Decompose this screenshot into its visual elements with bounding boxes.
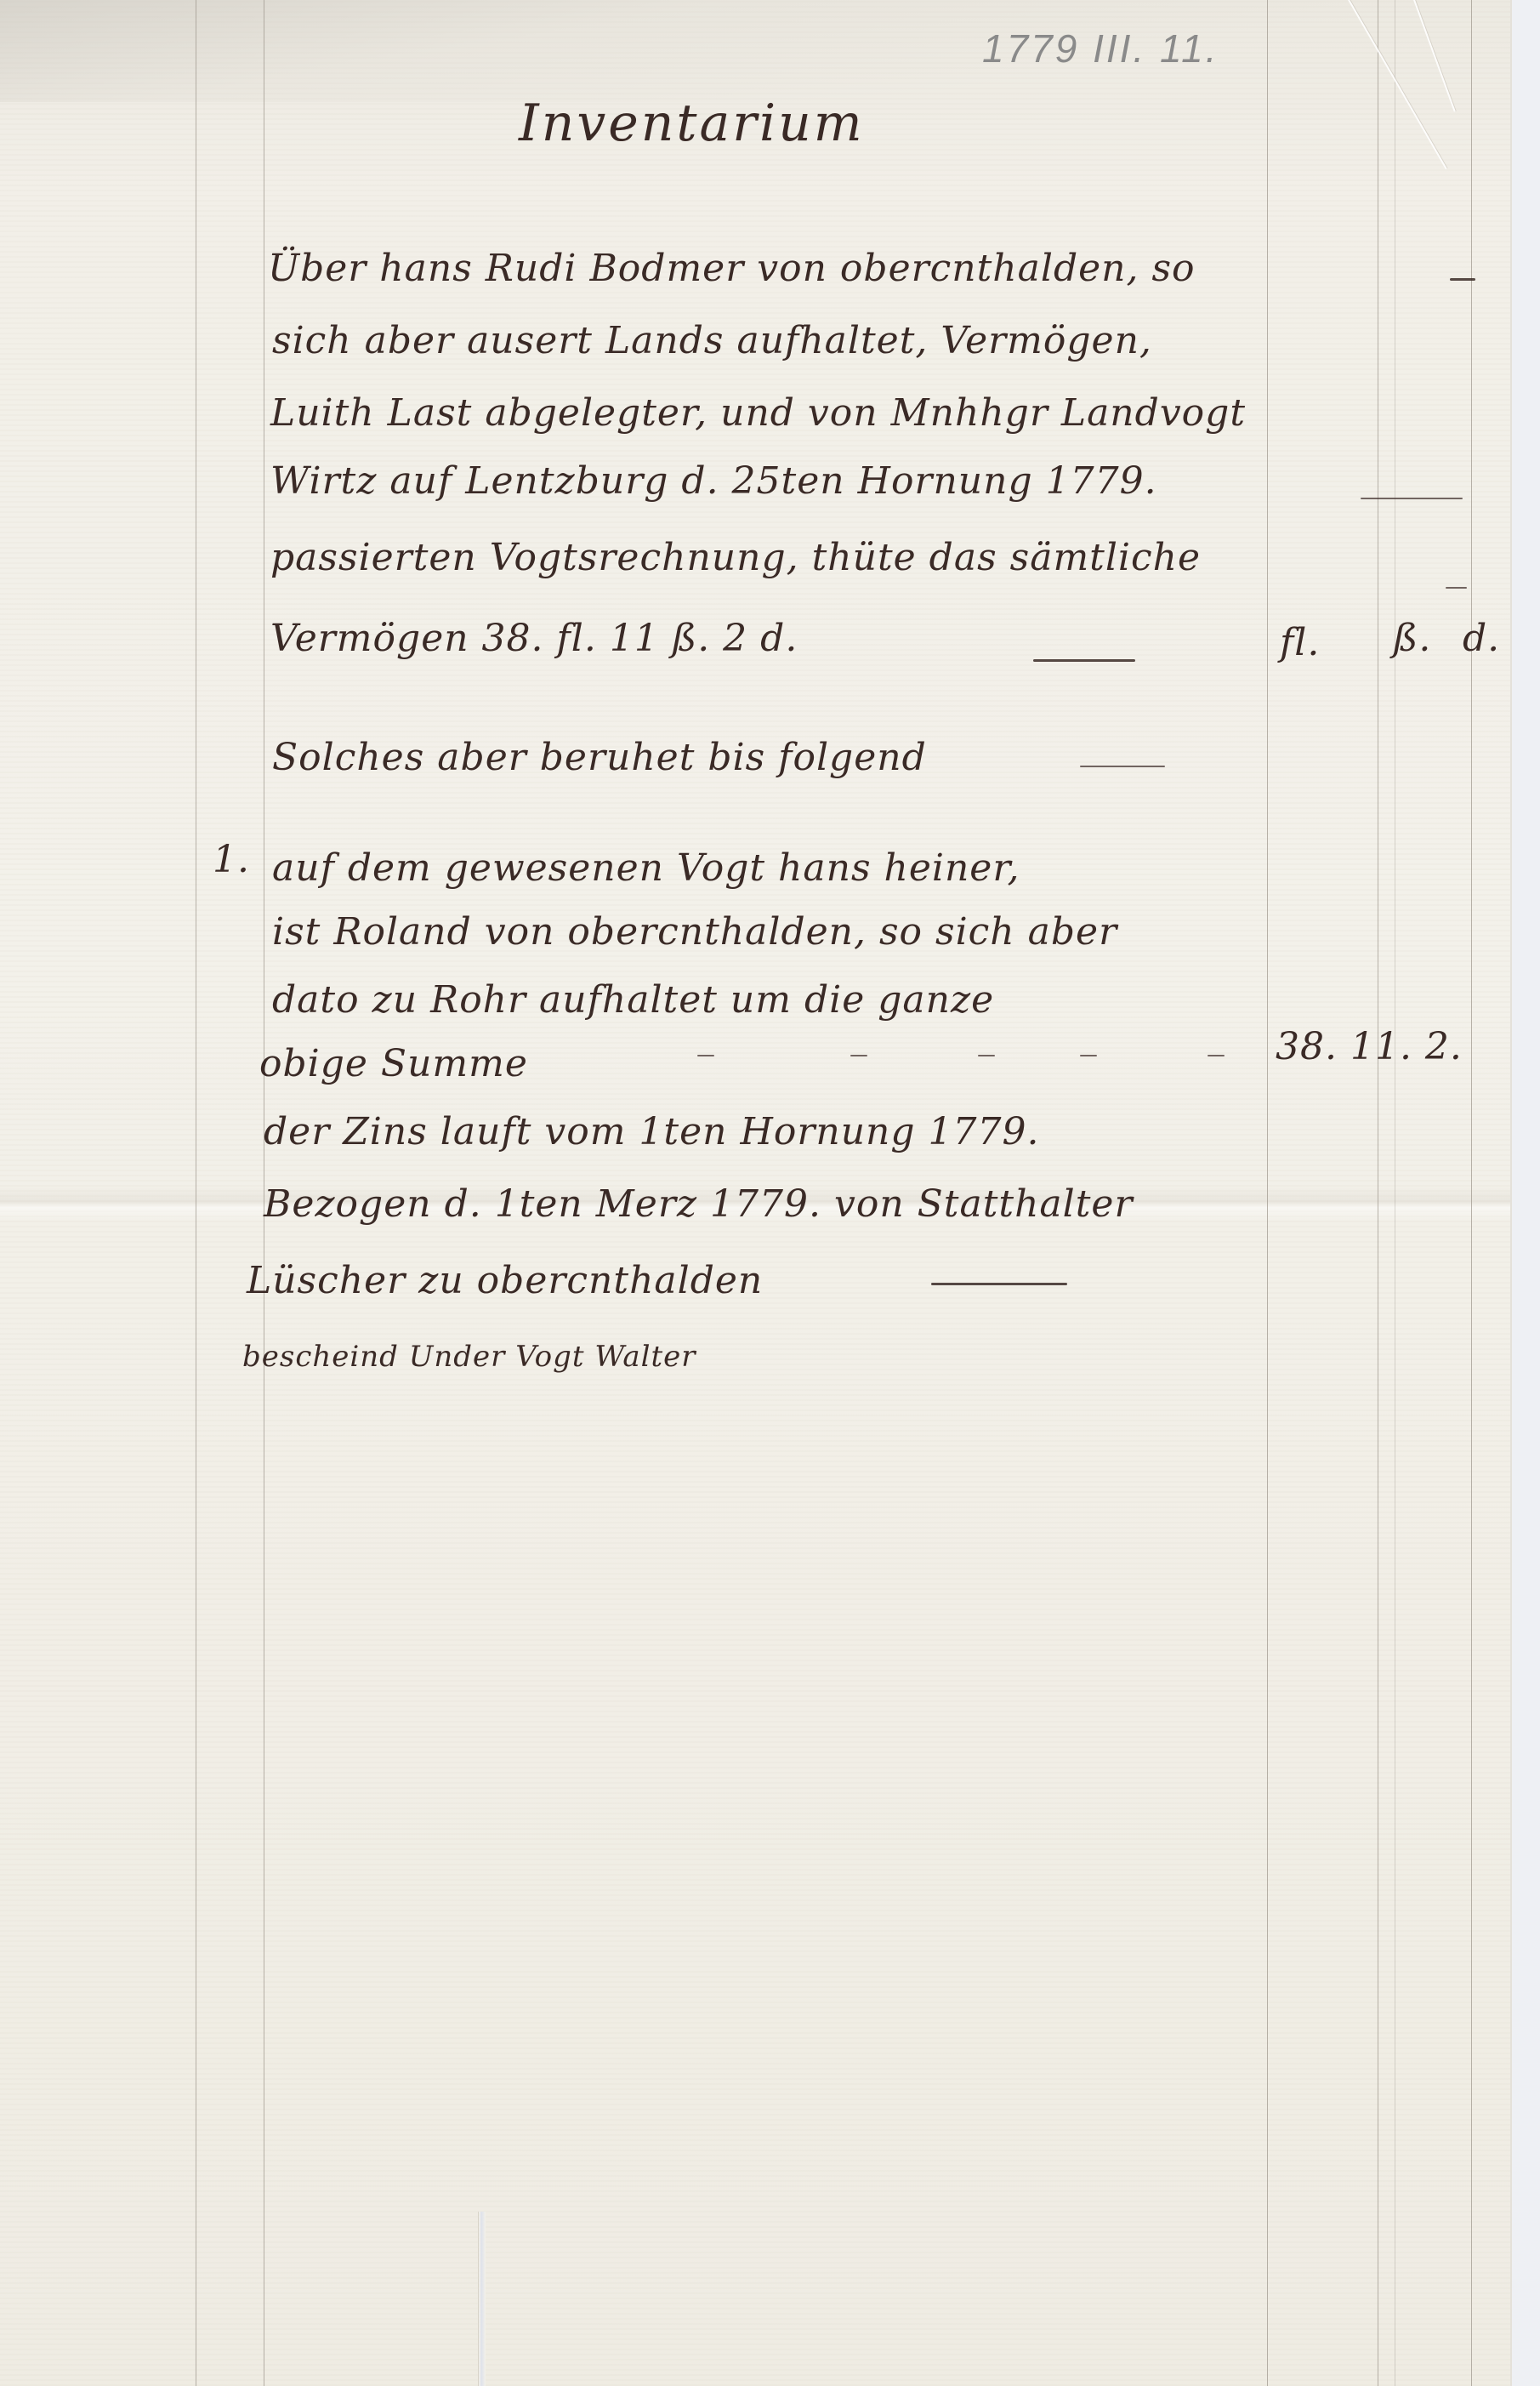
- line-end-dash: [1033, 659, 1135, 662]
- entry-line: auf dem gewesenen Vogt hans heiner,: [272, 846, 1020, 890]
- column-header-pfennig: d.: [1463, 617, 1500, 660]
- entry-line: obige Summe: [259, 1042, 528, 1085]
- line-end-dash: [1450, 278, 1475, 281]
- line-end-dash: [931, 1283, 1067, 1285]
- line-end-dash: [1446, 587, 1467, 589]
- intro-line: Luith Last abgelegter, und von Mnhhgr La…: [270, 391, 1246, 435]
- note-line: Bezogen d. 1ten Merz 1779. von Statthalt…: [264, 1182, 1133, 1226]
- document-title: Inventarium: [519, 94, 865, 153]
- filler-dash: [978, 1055, 995, 1056]
- line-end-dash: [1361, 498, 1463, 499]
- signature-line: bescheind Under Vogt Walter: [242, 1340, 696, 1374]
- column-rule-gulden: [1267, 0, 1268, 2386]
- section-heading: Solches aber beruhet bis folgend: [272, 736, 927, 779]
- column-header-gulden: fl.: [1280, 621, 1320, 664]
- intro-line: Wirtz auf Lentzburg d. 25ten Hornung 177…: [270, 459, 1157, 503]
- filler-dash: [697, 1055, 714, 1056]
- column-rule-schilling: [1378, 0, 1378, 2386]
- column-header-schilling: ß.: [1393, 617, 1431, 660]
- manuscript-page: 1779 III. 11. Inventarium Über hans Rudi…: [0, 0, 1510, 2386]
- entry-amount: 38. 11. 2.: [1276, 1025, 1463, 1068]
- archive-reference: 1779 III. 11.: [982, 26, 1219, 71]
- note-line: Lüscher zu obercnthalden: [247, 1259, 763, 1302]
- entry-line: ist Roland von obercnthalden, so sich ab…: [272, 910, 1117, 954]
- column-rule-schilling-faint: [1395, 0, 1395, 2386]
- paper-tear: [478, 2212, 486, 2386]
- filler-dash: [1208, 1055, 1225, 1056]
- intro-line: sich aber ausert Lands aufhaltet, Vermög…: [272, 319, 1152, 362]
- page-fold-shadow: [0, 0, 1510, 102]
- column-rule-pfennig: [1471, 0, 1472, 2386]
- left-margin-rule-outer: [196, 0, 196, 2386]
- intro-line: Über hans Rudi Bodmer von obercnthalden,…: [268, 247, 1196, 290]
- filler-dash: [850, 1055, 867, 1056]
- entry-number: 1.: [213, 838, 250, 881]
- entry-line: dato zu Rohr aufhaltet um die ganze: [272, 978, 994, 1022]
- line-end-dash: [1080, 766, 1165, 767]
- note-line: der Zins lauft vom 1ten Hornung 1779.: [264, 1110, 1040, 1153]
- filler-dash: [1080, 1055, 1097, 1056]
- total-assets-line: Vermögen 38. fl. 11 ß. 2 d.: [270, 617, 798, 660]
- intro-line: passierten Vogtsrechnung, thüte das sämt…: [270, 536, 1201, 579]
